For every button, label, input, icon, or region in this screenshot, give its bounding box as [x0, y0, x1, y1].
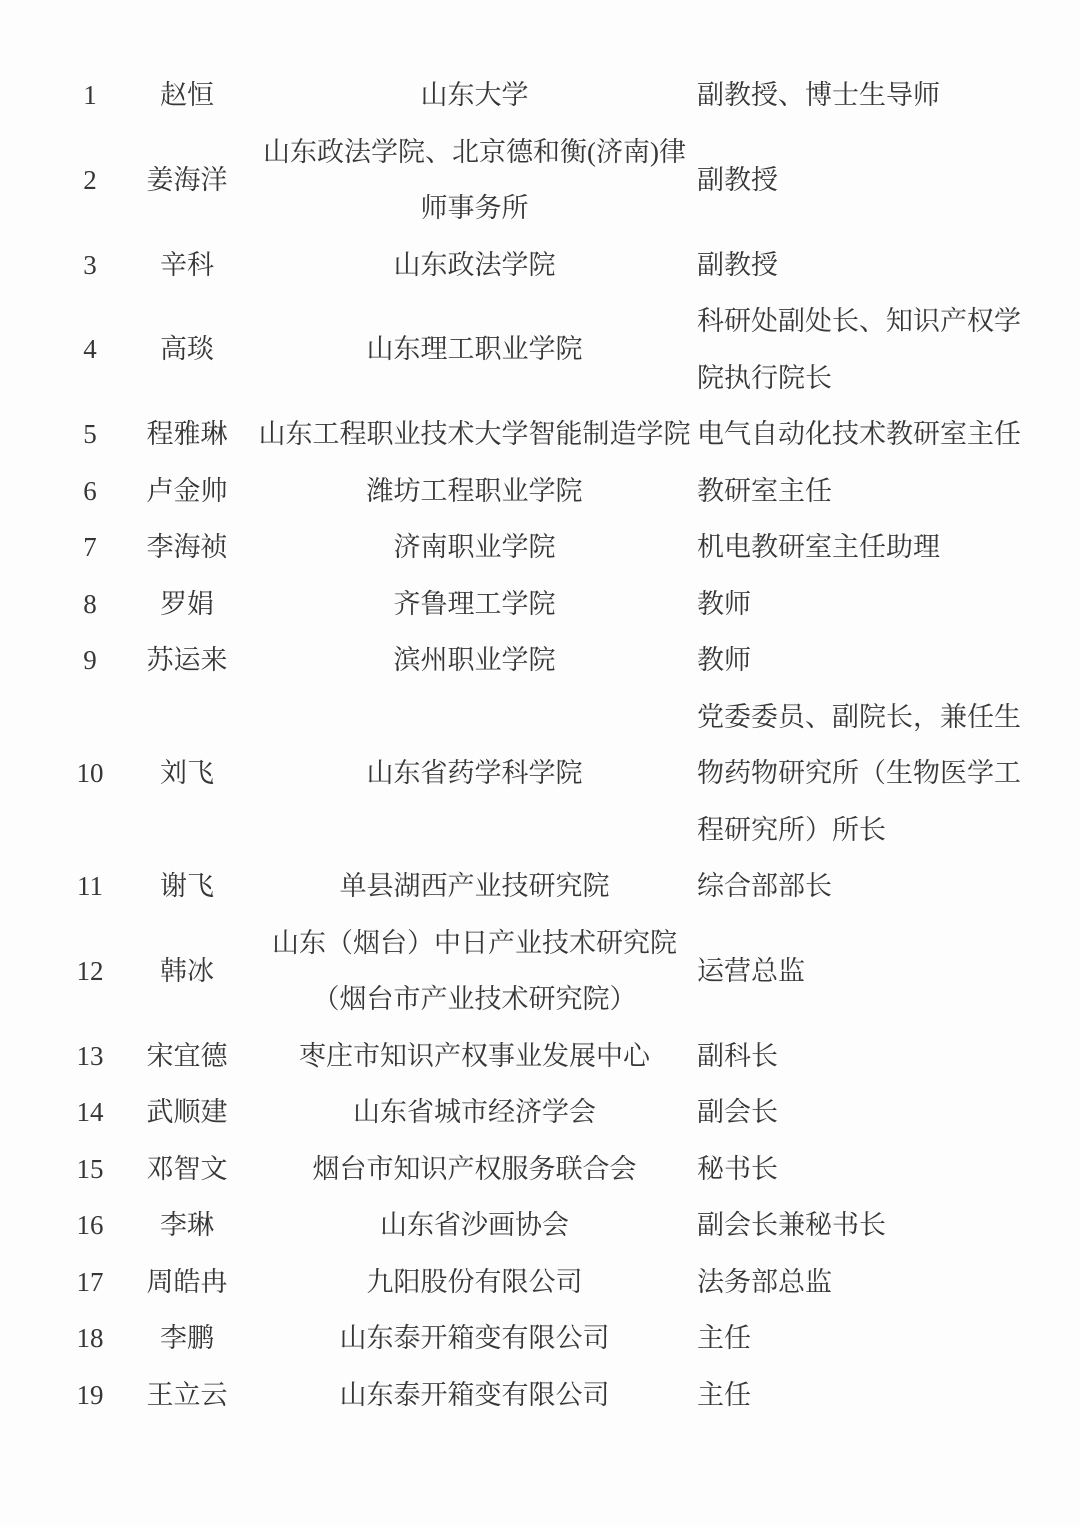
organization-name: 山东政法学院	[252, 237, 697, 294]
table-row: 7 李海祯 济南职业学院 机电教研室主任助理	[58, 519, 1020, 576]
person-name: 李鹏	[122, 1310, 252, 1367]
job-title: 副会长兼秘书长	[697, 1197, 1020, 1254]
job-title: 教研室主任	[697, 463, 1020, 520]
organization-name: 单县湖西产业技研究院	[252, 858, 697, 915]
table-row: 15 邓智文 烟台市知识产权服务联合会 秘书长	[58, 1141, 1020, 1198]
person-name: 苏运来	[122, 632, 252, 689]
job-title: 电气自动化技术教研室主任	[697, 406, 1020, 463]
person-name: 辛科	[122, 237, 252, 294]
job-title: 机电教研室主任助理	[697, 519, 1020, 576]
person-name: 李琳	[122, 1197, 252, 1254]
person-name: 周皓冉	[122, 1254, 252, 1311]
table-row: 17 周皓冉 九阳股份有限公司 法务部总监	[58, 1254, 1020, 1311]
job-title: 教师	[697, 632, 1020, 689]
person-name: 武顺建	[122, 1084, 252, 1141]
person-name: 高琰	[122, 293, 252, 406]
table-row: 3 辛科 山东政法学院 副教授	[58, 237, 1020, 294]
organization-name: 潍坊工程职业学院	[252, 463, 697, 520]
table-row: 9 苏运来 滨州职业学院 教师	[58, 632, 1020, 689]
row-number: 19	[58, 1367, 122, 1424]
row-number: 1	[58, 67, 122, 124]
row-number: 15	[58, 1141, 122, 1198]
job-title: 副教授	[697, 237, 1020, 294]
table-row: 12 韩冰 山东（烟台）中日产业技术研究院 （烟台市产业技术研究院） 运营总监	[58, 915, 1020, 1028]
row-number: 4	[58, 293, 122, 406]
job-title: 副教授	[697, 124, 1020, 237]
person-name: 刘飞	[122, 689, 252, 859]
person-name: 邓智文	[122, 1141, 252, 1198]
organization-name: 山东省城市经济学会	[252, 1084, 697, 1141]
job-title: 主任	[697, 1310, 1020, 1367]
organization-name: 山东政法学院、北京德和衡(济南)律 师事务所	[252, 124, 697, 237]
person-name: 王立云	[122, 1367, 252, 1424]
job-title: 科研处副处长、知识产权学 院执行院长	[697, 293, 1020, 406]
row-number: 2	[58, 124, 122, 237]
organization-name: 山东理工职业学院	[252, 293, 697, 406]
table-row: 4 高琰 山东理工职业学院 科研处副处长、知识产权学 院执行院长	[58, 293, 1020, 406]
row-number: 5	[58, 406, 122, 463]
job-title: 法务部总监	[697, 1254, 1020, 1311]
person-name: 宋宜德	[122, 1028, 252, 1085]
job-title: 综合部部长	[697, 858, 1020, 915]
table-body: 1 赵恒 山东大学 副教授、博士生导师 2 姜海洋 山东政法学院、北京德和衡(济…	[58, 67, 1020, 1423]
row-number: 17	[58, 1254, 122, 1311]
document-page: 1 赵恒 山东大学 副教授、博士生导师 2 姜海洋 山东政法学院、北京德和衡(济…	[0, 0, 1080, 1527]
table-row: 14 武顺建 山东省城市经济学会 副会长	[58, 1084, 1020, 1141]
table-row: 10 刘飞 山东省药学科学院 党委委员、副院长，兼任生 物药物研究所（生物医学工…	[58, 689, 1020, 859]
organization-name: 山东泰开箱变有限公司	[252, 1310, 697, 1367]
job-title: 副会长	[697, 1084, 1020, 1141]
table-row: 8 罗娟 齐鲁理工学院 教师	[58, 576, 1020, 633]
row-number: 12	[58, 915, 122, 1028]
person-name: 姜海洋	[122, 124, 252, 237]
job-title: 主任	[697, 1367, 1020, 1424]
table-row: 6 卢金帅 潍坊工程职业学院 教研室主任	[58, 463, 1020, 520]
job-title: 秘书长	[697, 1141, 1020, 1198]
row-number: 6	[58, 463, 122, 520]
organization-name: 山东泰开箱变有限公司	[252, 1367, 697, 1424]
job-title: 教师	[697, 576, 1020, 633]
table-row: 5 程雅琳 山东工程职业技术大学智能制造学院 电气自动化技术教研室主任	[58, 406, 1020, 463]
row-number: 11	[58, 858, 122, 915]
person-name: 赵恒	[122, 67, 252, 124]
organization-name: 山东大学	[252, 67, 697, 124]
row-number: 8	[58, 576, 122, 633]
row-number: 9	[58, 632, 122, 689]
row-number: 7	[58, 519, 122, 576]
person-name: 程雅琳	[122, 406, 252, 463]
person-name: 韩冰	[122, 915, 252, 1028]
person-name: 罗娟	[122, 576, 252, 633]
organization-name: 九阳股份有限公司	[252, 1254, 697, 1311]
person-name: 李海祯	[122, 519, 252, 576]
table-row: 11 谢飞 单县湖西产业技研究院 综合部部长	[58, 858, 1020, 915]
table-row: 19 王立云 山东泰开箱变有限公司 主任	[58, 1367, 1020, 1424]
row-number: 3	[58, 237, 122, 294]
row-number: 16	[58, 1197, 122, 1254]
organization-name: 烟台市知识产权服务联合会	[252, 1141, 697, 1198]
table-row: 2 姜海洋 山东政法学院、北京德和衡(济南)律 师事务所 副教授	[58, 124, 1020, 237]
person-name: 卢金帅	[122, 463, 252, 520]
person-name: 谢飞	[122, 858, 252, 915]
job-title: 运营总监	[697, 915, 1020, 1028]
organization-name: 济南职业学院	[252, 519, 697, 576]
organization-name: 山东省药学科学院	[252, 689, 697, 859]
job-title: 副科长	[697, 1028, 1020, 1085]
organization-name: 齐鲁理工学院	[252, 576, 697, 633]
table-row: 13 宋宜德 枣庄市知识产权事业发展中心 副科长	[58, 1028, 1020, 1085]
organization-name: 山东（烟台）中日产业技术研究院 （烟台市产业技术研究院）	[252, 915, 697, 1028]
organization-name: 枣庄市知识产权事业发展中心	[252, 1028, 697, 1085]
row-number: 18	[58, 1310, 122, 1367]
roster-table: 1 赵恒 山东大学 副教授、博士生导师 2 姜海洋 山东政法学院、北京德和衡(济…	[58, 67, 1020, 1423]
organization-name: 山东工程职业技术大学智能制造学院	[252, 406, 697, 463]
row-number: 14	[58, 1084, 122, 1141]
table-row: 1 赵恒 山东大学 副教授、博士生导师	[58, 67, 1020, 124]
organization-name: 滨州职业学院	[252, 632, 697, 689]
job-title: 副教授、博士生导师	[697, 67, 1020, 124]
row-number: 10	[58, 689, 122, 859]
row-number: 13	[58, 1028, 122, 1085]
table-row: 18 李鹏 山东泰开箱变有限公司 主任	[58, 1310, 1020, 1367]
job-title: 党委委员、副院长，兼任生 物药物研究所（生物医学工 程研究所）所长	[697, 689, 1020, 859]
table-row: 16 李琳 山东省沙画协会 副会长兼秘书长	[58, 1197, 1020, 1254]
organization-name: 山东省沙画协会	[252, 1197, 697, 1254]
